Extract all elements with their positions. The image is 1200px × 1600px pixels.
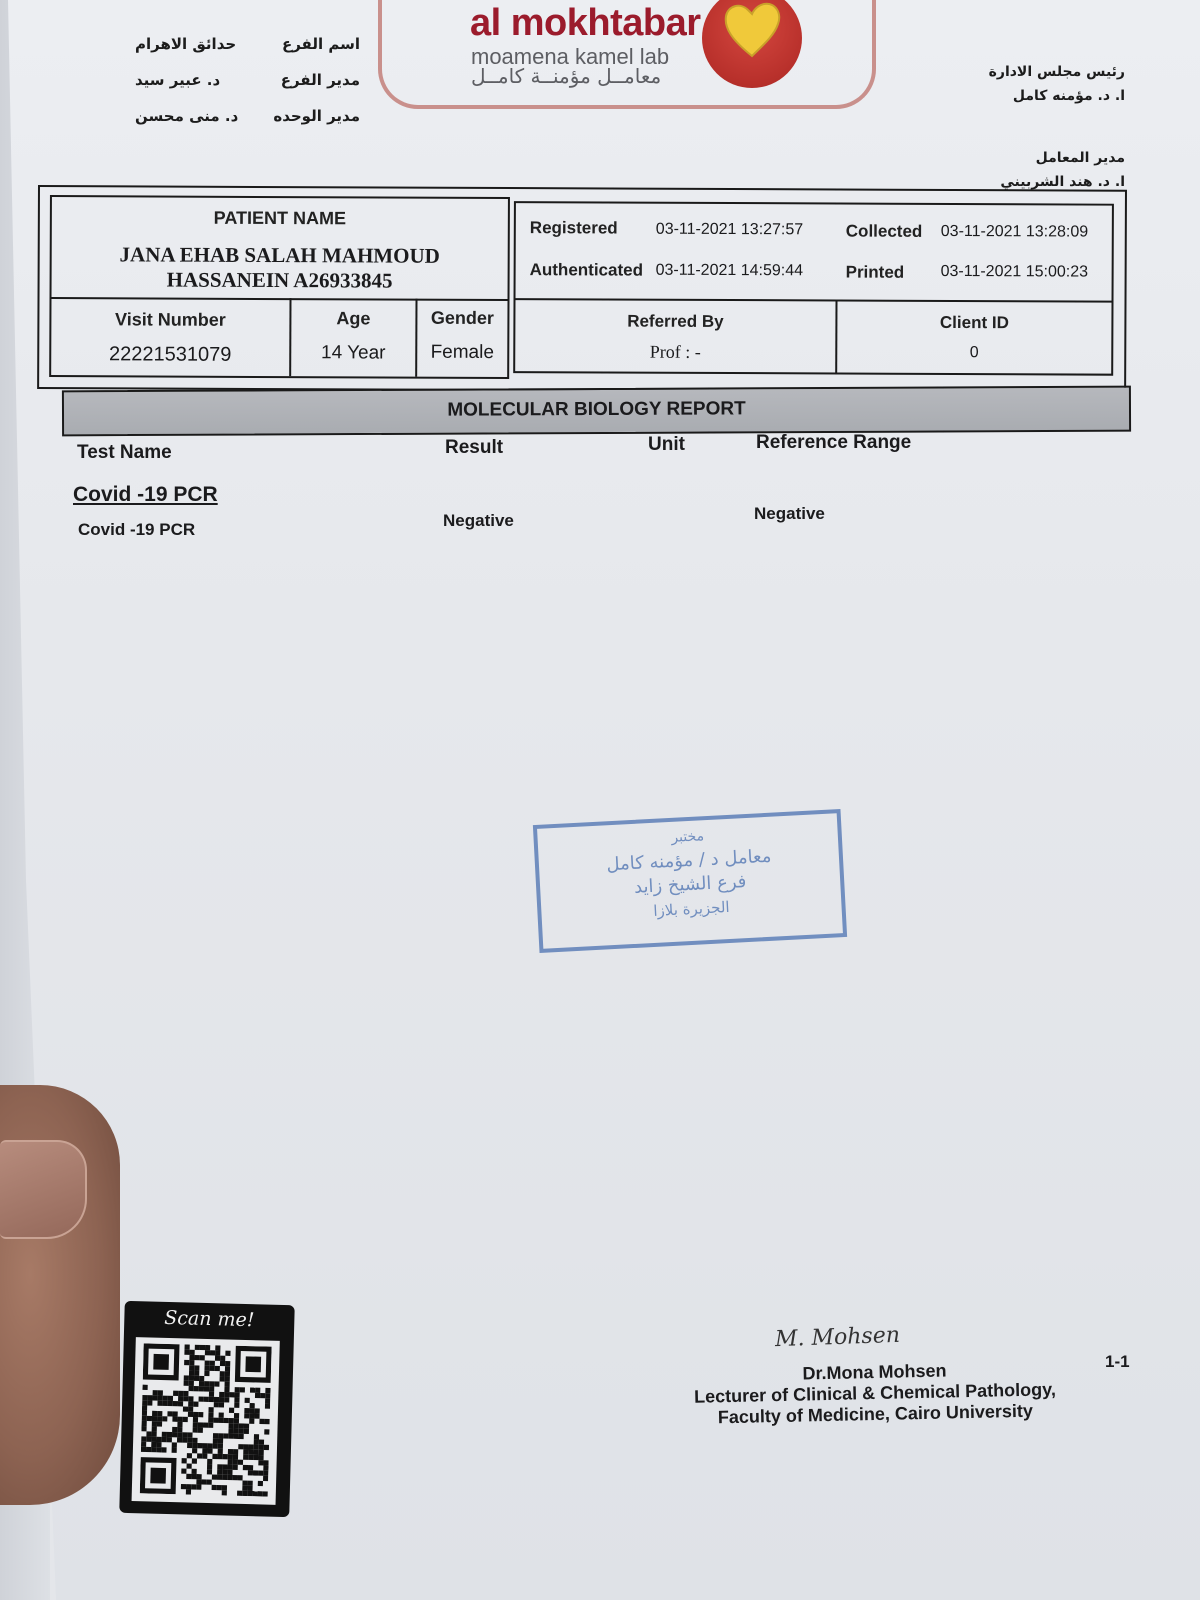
gender-value: Female (417, 342, 507, 364)
patient-name-line1: JANA EHAB SALAH MAHMOUD (52, 242, 508, 269)
qr-code-area (132, 1337, 280, 1505)
visit-number-value: 22221531079 (51, 343, 289, 367)
column-result: Result (445, 437, 503, 459)
client-id-value: 0 (837, 343, 1111, 362)
test-group-title: Covid -19 PCR (73, 483, 218, 507)
authenticated-label: Authenticated (530, 260, 643, 280)
report-title: MOLECULAR BIOLOGY REPORT (64, 397, 1129, 424)
column-reference-range: Reference Range (756, 432, 911, 454)
chair-name: ا. د. مؤمنه كامل (975, 84, 1125, 108)
handwritten-signature: M. Mohsen (775, 1323, 901, 1352)
column-test-name: Test Name (77, 442, 172, 464)
collected-label: Collected (846, 222, 923, 242)
referred-by-value: Prof : - (515, 341, 835, 363)
qr-label: Scan me! (124, 1306, 295, 1332)
age-value: 14 Year (291, 342, 415, 365)
management-info: رئيس مجلس الادارة ا. د. مؤمنه كامل مدير … (975, 60, 1125, 194)
patient-info-table: PATIENT NAME JANA EHAB SALAH MAHMOUD HAS… (37, 185, 1127, 394)
branch-manager-label: مدير الفرع (281, 71, 360, 89)
patient-box: PATIENT NAME JANA EHAB SALAH MAHMOUD HAS… (49, 195, 510, 379)
collected-value: 03-11-2021 13:28:09 (941, 223, 1088, 242)
lab-stamp: مختبر معامل د / مؤمنه كامل فرع الشيخ زاي… (533, 809, 847, 953)
qr-code-icon (140, 1343, 272, 1496)
client-id-label: Client ID (837, 312, 1111, 333)
printed-value: 03-11-2021 15:00:23 (941, 263, 1088, 282)
row-result: Negative (443, 511, 514, 531)
row-test-name: Covid -19 PCR (78, 520, 195, 540)
heart-icon (722, 0, 782, 58)
referred-by-label: Referred By (515, 311, 835, 332)
labs-director-title: مدير المعامل (975, 146, 1125, 170)
age-label: Age (291, 308, 415, 330)
chair-title: رئيس مجلس الادارة (975, 60, 1125, 84)
branch-label: اسم الفرع (282, 35, 360, 53)
qr-code-card[interactable]: Scan me! (119, 1301, 294, 1517)
column-unit: Unit (648, 434, 685, 456)
patient-name-label: PATIENT NAME (52, 207, 508, 230)
visit-number-label: Visit Number (51, 309, 289, 331)
registered-value: 03-11-2021 13:27:57 (656, 221, 803, 240)
unit-manager-value: د. منى محسن (135, 107, 238, 125)
page-number: 1-1 (1105, 1352, 1130, 1372)
registered-label: Registered (530, 218, 618, 238)
signature-block: Dr.Mona Mohsen Lecturer of Clinical & Ch… (659, 1358, 1090, 1430)
report-title-bar: MOLECULAR BIOLOGY REPORT (62, 386, 1131, 437)
thumbnail (0, 1140, 87, 1239)
logo-arabic: معامــل مؤمنــة كامــل (471, 64, 661, 88)
patient-name-line2: HASSANEIN A26933845 (52, 267, 508, 294)
visit-box: Registered 03-11-2021 13:27:57 Collected… (513, 201, 1114, 376)
branch-value: حدائق الاهرام (135, 35, 236, 53)
branch-info: اسم الفرعحدائق الاهرام مدير الفرعد. عبير… (135, 26, 360, 134)
logo-title: al mokhtabar (470, 2, 701, 45)
unit-manager-label: مدير الوحده (273, 107, 360, 125)
authenticated-value: 03-11-2021 14:59:44 (656, 262, 803, 281)
row-reference: Negative (754, 504, 825, 524)
branch-manager-value: د. عبير سيد (135, 71, 220, 89)
gender-label: Gender (417, 308, 507, 329)
printed-label: Printed (846, 263, 905, 283)
